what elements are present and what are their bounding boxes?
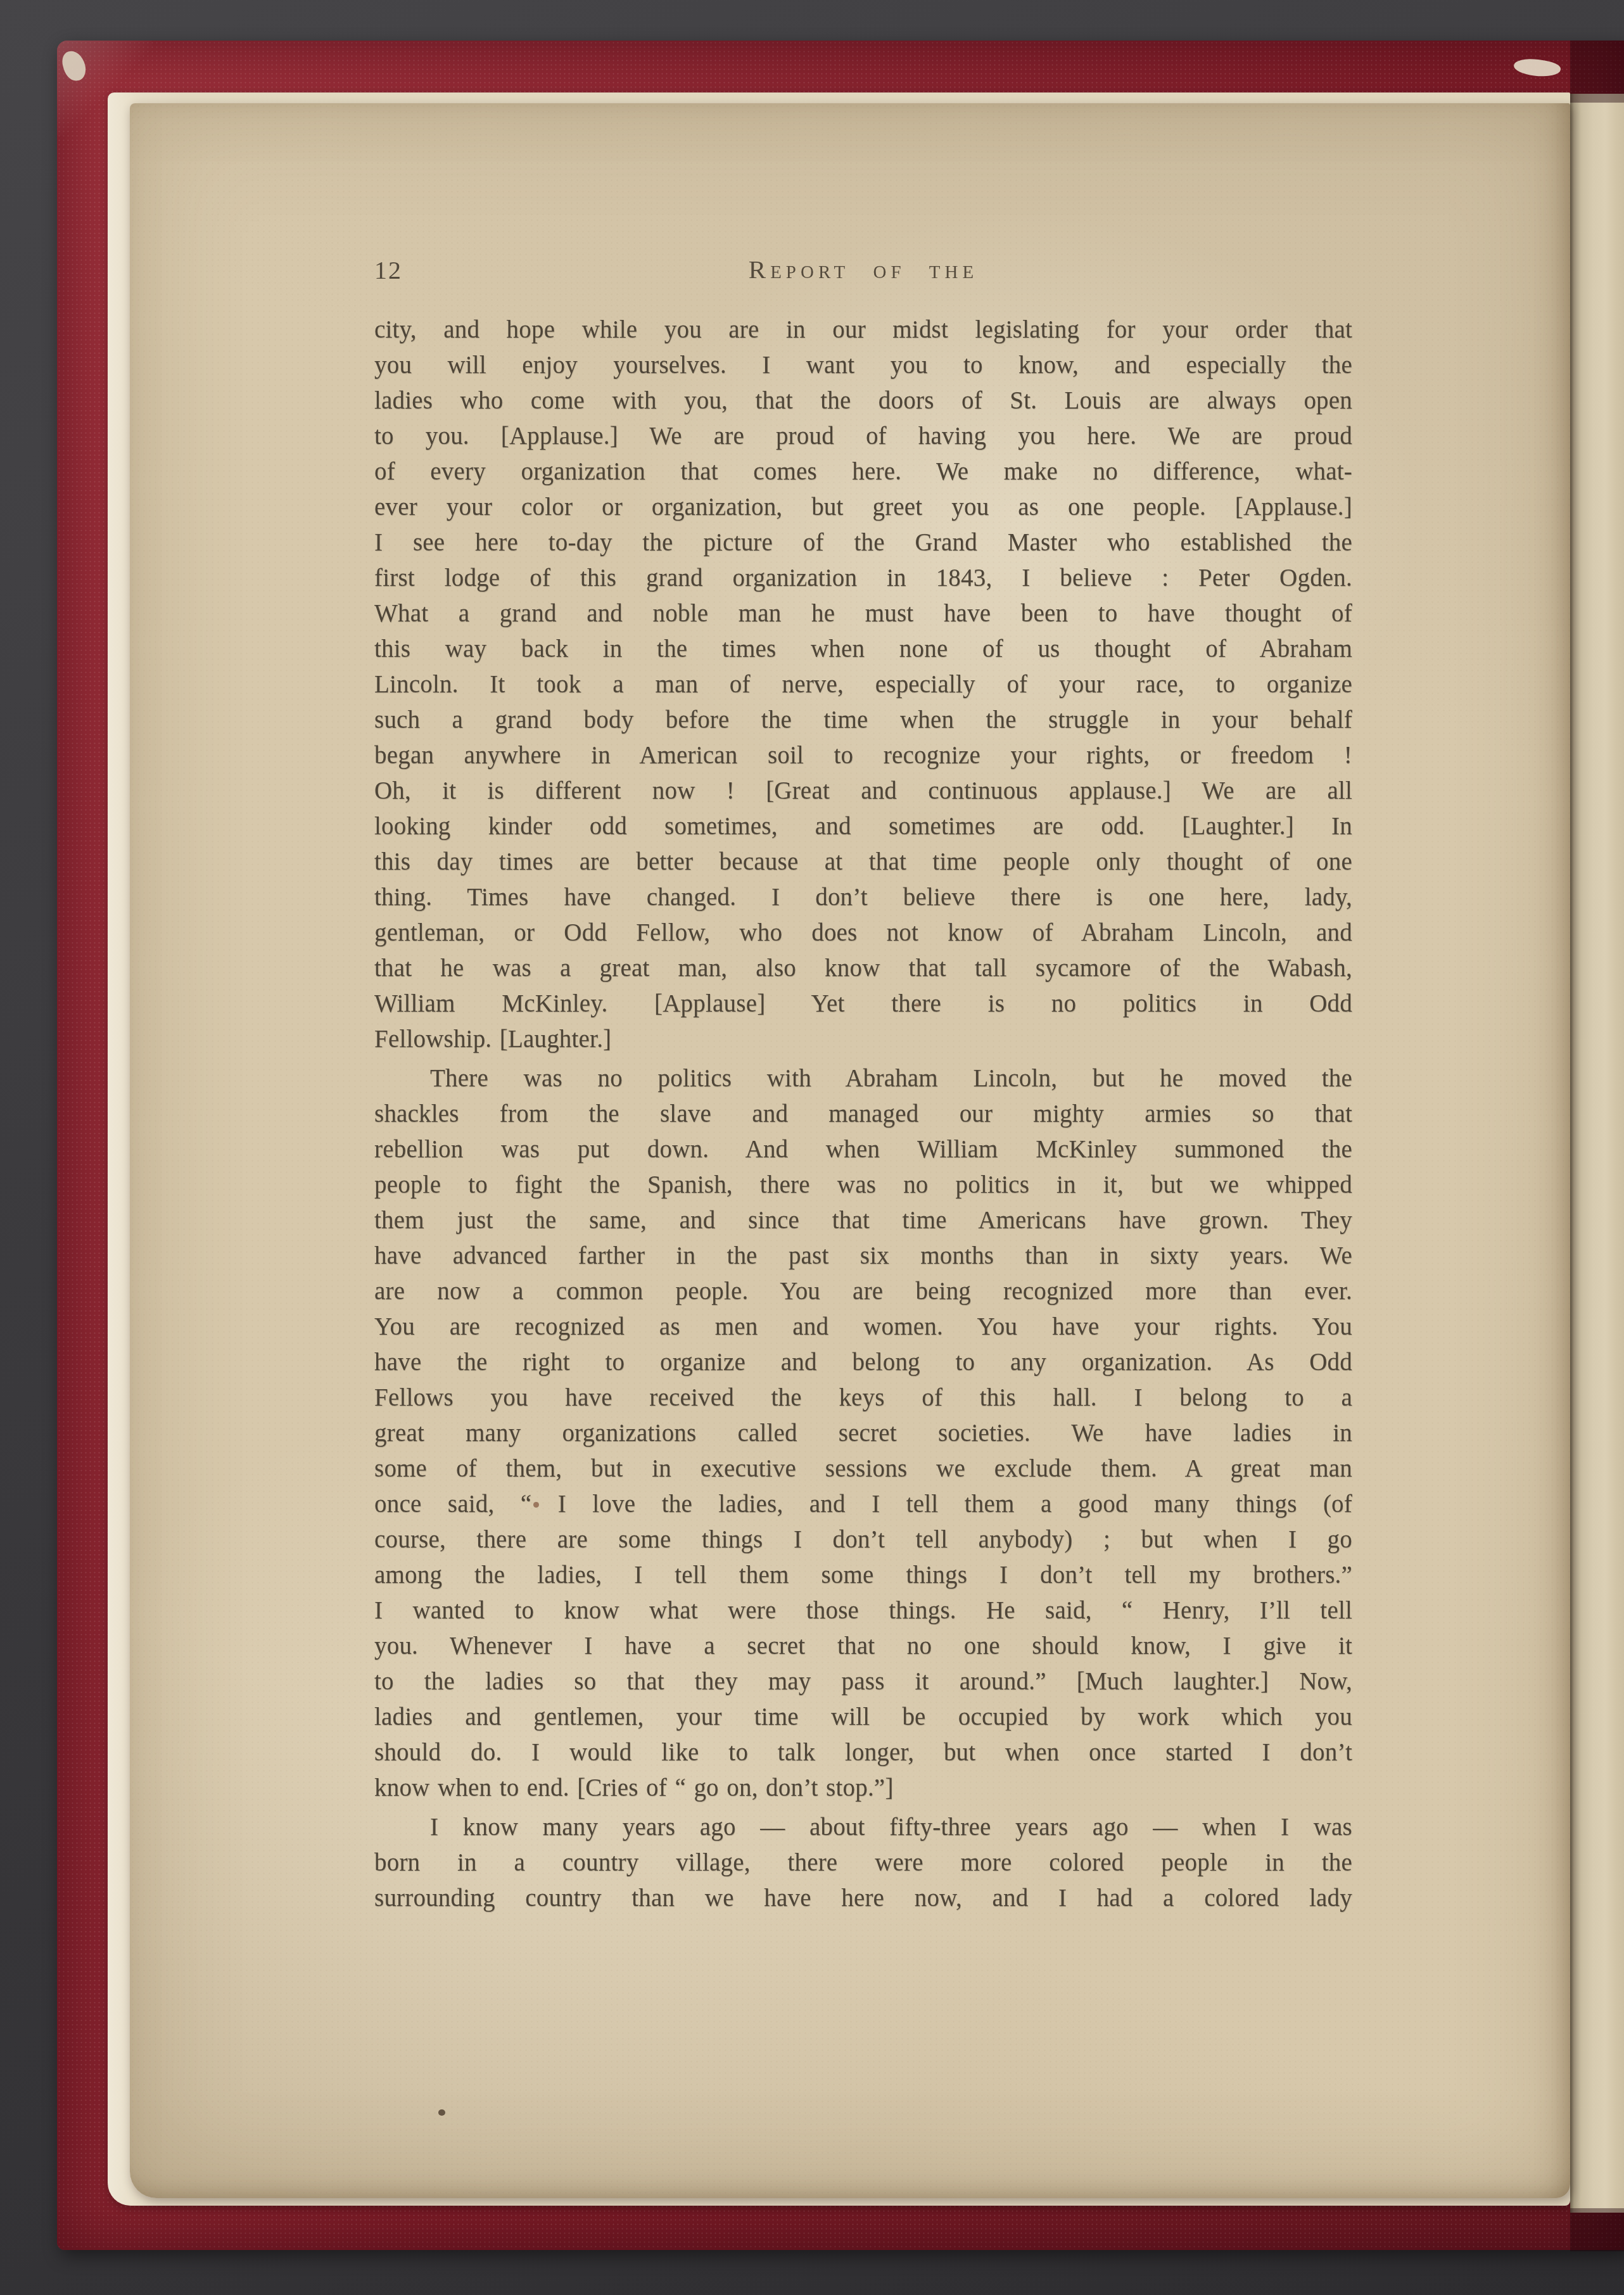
text-line: people to fight the Spanish, there was n… [374, 1167, 1352, 1203]
text-line: to you. [Applause.] We are proud of havi… [374, 419, 1352, 454]
book-page: 12 Report of the city, and hope while yo… [130, 103, 1570, 2198]
text-line: this way back in the times when none of … [374, 632, 1352, 667]
text-line: are now a common people. You are being r… [374, 1274, 1352, 1309]
text-line: first lodge of this grand organization i… [374, 561, 1352, 596]
text-line: What a grand and noble man he must have … [374, 596, 1352, 632]
paragraph: city, and hope while you are in our mids… [374, 312, 1352, 1057]
text-line: some of them, but in executive sessions … [374, 1451, 1352, 1487]
text-line: You are recognized as men and women. You… [374, 1309, 1352, 1345]
text-line: Fellowship. [Laughter.] [374, 1022, 1352, 1057]
text-line: I know many years ago — about fifty-thre… [374, 1810, 1352, 1845]
text-line: ladies and gentlemen, your time will be … [374, 1700, 1352, 1735]
cover-shadow-bottom-right [1570, 2208, 1624, 2251]
text-line: among the ladies, I tell them some thing… [374, 1558, 1352, 1593]
cover-shadow-top-right [1570, 41, 1624, 103]
text-line: of every organization that comes here. W… [374, 454, 1352, 490]
text-line: I wanted to know what were those things.… [374, 1593, 1352, 1629]
ink-speck [533, 1502, 539, 1508]
text-line: to the ladies so that they may pass it a… [374, 1664, 1352, 1700]
text-line: course, there are some things I don’t te… [374, 1522, 1352, 1558]
text-line: know when to end. [Cries of “ go on, don… [374, 1771, 1352, 1806]
text-line: Fellows you have received the keys of th… [374, 1380, 1352, 1416]
text-line: have advanced farther in the past six mo… [374, 1238, 1352, 1274]
text-line: rebellion was put down. And when William… [374, 1132, 1352, 1167]
text-line: them just the same, and since that time … [374, 1203, 1352, 1238]
text-line: began anywhere in American soil to recog… [374, 738, 1352, 773]
text-line: William McKinley. [Applause] Yet there i… [374, 986, 1352, 1022]
ink-speck [438, 2109, 445, 2116]
text-line: thing. Times have changed. I don’t belie… [374, 880, 1352, 915]
text-line: Lincoln. It took a man of nerve, especia… [374, 667, 1352, 702]
running-header: Report of the [374, 254, 1352, 284]
text-line: born in a country village, there were mo… [374, 1845, 1352, 1881]
paragraph: There was no politics with Abraham Linco… [374, 1061, 1352, 1806]
scan-background: 12 Report of the city, and hope while yo… [0, 0, 1624, 2295]
text-line: you. Whenever I have a secret that no on… [374, 1629, 1352, 1664]
text-line: such a grand body before the time when t… [374, 702, 1352, 738]
text-line: ever your color or organization, but gre… [374, 490, 1352, 525]
text-line: this day times are better because at tha… [374, 844, 1352, 880]
text-line: have the right to organize and belong to… [374, 1345, 1352, 1380]
text-line: ladies who come with you, that the doors… [374, 383, 1352, 419]
text-line: There was no politics with Abraham Linco… [374, 1061, 1352, 1097]
paragraph: I know many years ago — about fifty-thre… [374, 1810, 1352, 1916]
text-line: surrounding country than we have here no… [374, 1881, 1352, 1916]
text-line: Oh, it is different now ! [Great and con… [374, 773, 1352, 809]
page-text: city, and hope while you are in our mids… [374, 312, 1352, 1916]
text-line: you will enjoy yourselves. I want you to… [374, 348, 1352, 383]
text-line: should do. I would like to talk longer, … [374, 1735, 1352, 1771]
text-line: that he was a great man, also know that … [374, 951, 1352, 986]
fore-edge-pages [1570, 94, 1624, 2213]
text-line: looking kinder odd sometimes, and someti… [374, 809, 1352, 844]
text-line: gentleman, or Odd Fellow, who does not k… [374, 915, 1352, 951]
text-line: once said, “ I love the ladies, and I te… [374, 1487, 1352, 1522]
text-line: I see here to-day the picture of the Gra… [374, 525, 1352, 561]
text-line: great many organizations called secret s… [374, 1416, 1352, 1451]
text-line: city, and hope while you are in our mids… [374, 312, 1352, 348]
text-line: shackles from the slave and managed our … [374, 1097, 1352, 1132]
ink-speck [915, 1003, 920, 1007]
